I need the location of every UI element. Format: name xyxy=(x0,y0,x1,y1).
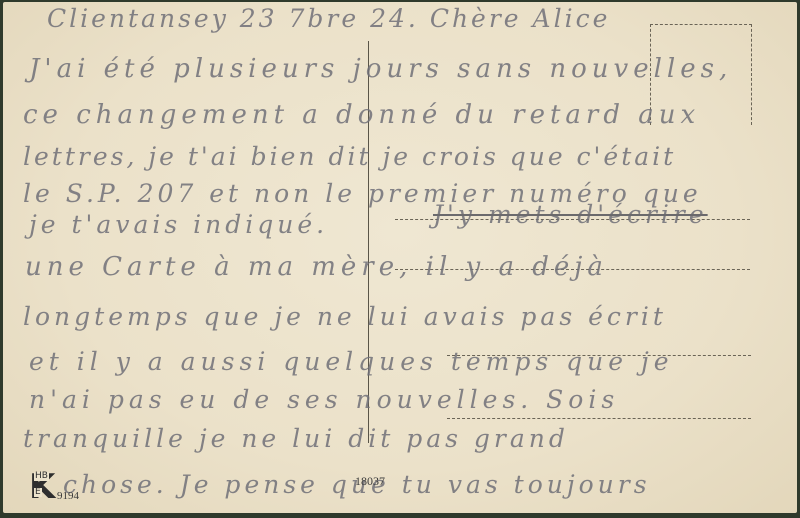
handwritten-line-3: ce changement a donné du retard aux xyxy=(23,100,700,130)
address-line-4 xyxy=(447,418,751,420)
postcard-back: Clientansey 23 7bre 24. Chère Alice J'ai… xyxy=(3,2,797,513)
card-print-number: 18037 xyxy=(355,474,385,489)
publisher-number: 9194 xyxy=(57,490,79,502)
publisher-logo: K HB E xyxy=(29,470,55,504)
handwritten-line-6-struck: J'y mets d'écrire xyxy=(433,200,708,229)
handwritten-line-9: et il y a aussi quelques temps que je xyxy=(29,347,674,376)
handwritten-line-6: je t'avais indiqué. xyxy=(29,210,328,239)
publisher-logo-bottom: E xyxy=(34,488,42,497)
handwritten-line-1: Clientansey 23 7bre 24. Chère Alice xyxy=(47,4,610,33)
handwritten-line-8: longtemps que je ne lui avais pas écrit xyxy=(23,302,667,331)
handwritten-line-2: J'ai été plusieurs jours sans nouvelles, xyxy=(29,54,732,84)
handwritten-line-10: n'ai pas eu de ses nouvelles. Sois xyxy=(29,385,619,414)
handwritten-line-4: lettres, je t'ai bien dit je crois que c… xyxy=(23,142,676,171)
publisher-logo-top: HB xyxy=(34,472,49,481)
handwritten-line-7: une Carte à ma mère, il y a déjà xyxy=(25,252,608,282)
handwritten-line-11: tranquille je ne lui dit pas grand xyxy=(23,424,569,453)
